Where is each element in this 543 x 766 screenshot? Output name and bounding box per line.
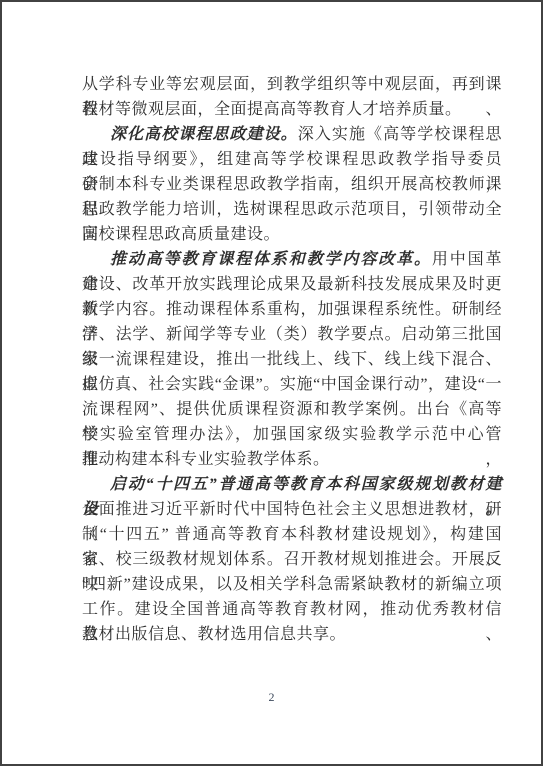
text-line: 建设、改革开放实践理论成果及最新科技发展成果及时更新 [82, 272, 502, 297]
text-line: 学、法学、新闻学等专业（类）教学要点。启动第三批国家 [82, 322, 502, 347]
text-line: 全面推进习近平新时代中国特色社会主义思想进教材，研制 [82, 497, 502, 522]
text-line: 研制本科专业类课程思政教学指南，组织开展高校教师课程 [82, 172, 502, 197]
text-line: 校实验室管理办法》，加强国家级实验教学示范中心管理， [82, 422, 502, 447]
text-line: 级一流课程建设，推出一批线上、线下、线上线下混合、虚 [82, 347, 502, 372]
text-line: 深化高校课程思政建设。深入实施《高等学校课程思政 [82, 122, 502, 147]
text-line: 工作。建设全国普通高等教育教材网，推动优秀教材信息、 [82, 597, 502, 622]
text-line: 拟仿真、社会实践“金课”。实施“中国金课行动”，建设“一 [82, 372, 502, 397]
text-line: 从学科专业等宏观层面，到教学组织等中观层面，再到课程、 [82, 72, 502, 97]
paragraph-lead: 深化高校课程思政建设。 [110, 126, 298, 143]
text-line: 流课程网”、提供优质课程资源和教学案例。出台《高等学 [82, 397, 502, 422]
page-number: 2 [2, 690, 541, 704]
text-line: 教学内容。推动课程体系重构，加强课程系统性。研制经济 [82, 297, 502, 322]
text-line: 高校课程思政高质量建设。 [82, 222, 502, 247]
text-line: 思政教学能力培训，选树课程思政示范项目，引领带动全国 [82, 197, 502, 222]
text-line: 建设指导纲要》，组建高等学校课程思政教学指导委员会， [82, 147, 502, 172]
page-body-text: 从学科专业等宏观层面，到教学组织等中观层面，再到课程、教材等微观层面，全面提高高… [82, 72, 502, 647]
text-line: 启动“十四五”普通高等教育本科国家级规划教材建设。 [82, 472, 502, 497]
text-line: 推动高等教育课程体系和教学内容改革。用中国革命、 [82, 247, 502, 272]
text-line: 省、校三级教材规划体系。召开教材规划推进会。开展反映 [82, 547, 502, 572]
paragraph-lead: 推动高等教育课程体系和教学内容改革。 [110, 251, 432, 268]
text-line: “四新”建设成果，以及相关学科急需紧缺教材的新编立项 [82, 572, 502, 597]
document-page: 从学科专业等宏观层面，到教学组织等中观层面，再到课程、教材等微观层面，全面提高高… [0, 0, 543, 766]
text-line: 《“十四五” 普通高等教育本科教材建设规划》，构建国家、 [82, 522, 502, 547]
text-line: 教材等微观层面，全面提高高等教育人才培养质量。 [82, 97, 502, 122]
